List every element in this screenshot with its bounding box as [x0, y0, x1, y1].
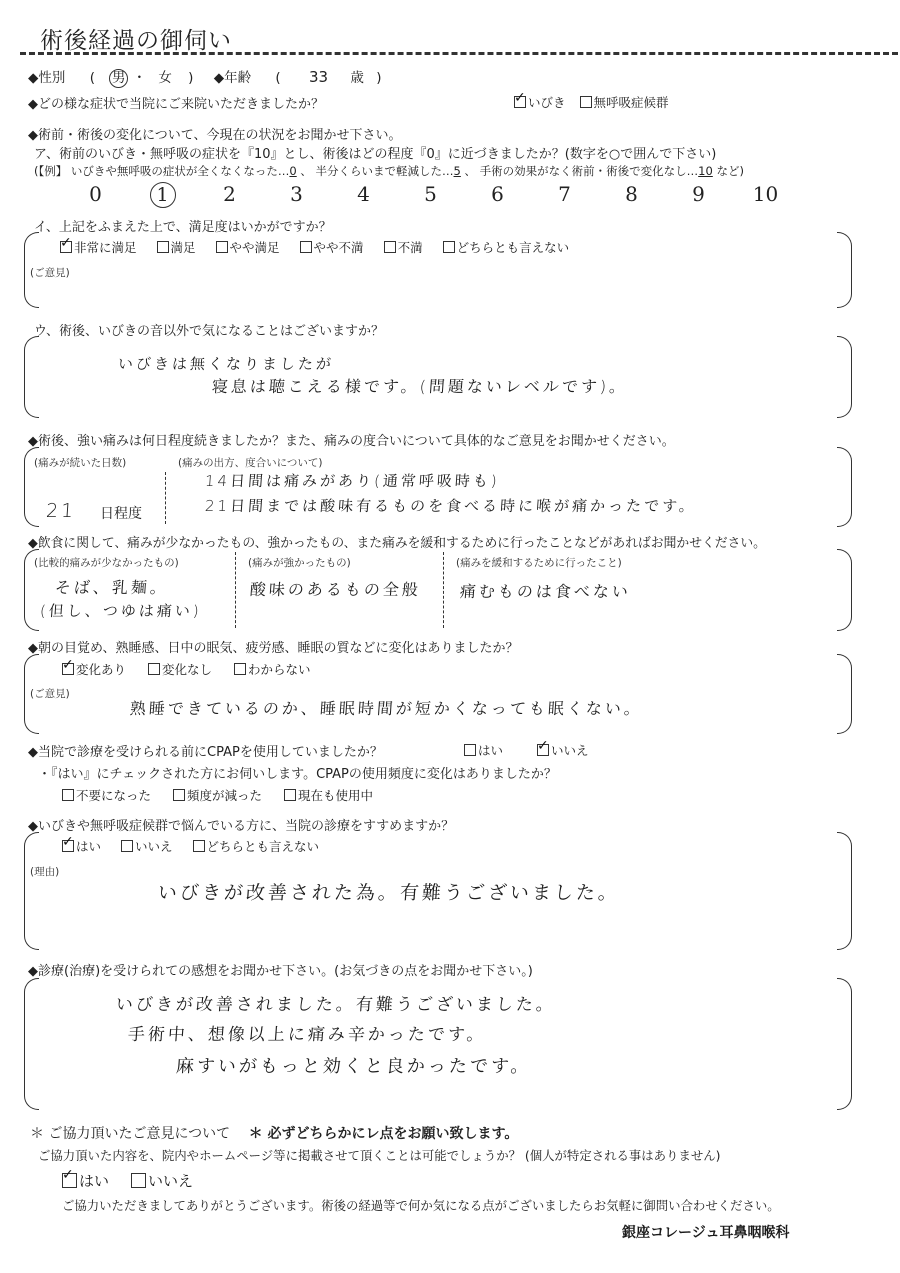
- pain-column-divider: [165, 472, 166, 524]
- checkbox-checked[interactable]: [537, 744, 549, 756]
- checkbox[interactable]: [62, 789, 74, 801]
- checkbox[interactable]: [216, 241, 228, 253]
- score-option-8[interactable]: 8: [598, 182, 665, 208]
- score-option-0[interactable]: 0: [62, 182, 129, 208]
- impressions-line1: いびきが改善されました。有難うございました。: [115, 990, 557, 1015]
- satisfaction-satisfied[interactable]: 満足: [157, 238, 196, 256]
- cpap-followup: ・『はい』にチェックされた方にお伺いします。CPAPの使用頻度に変化はありました…: [38, 763, 557, 782]
- gender-option-female[interactable]: 女: [158, 70, 172, 86]
- score-option-1-selected[interactable]: 1: [129, 182, 196, 208]
- satisfaction-somewhat-satisfied[interactable]: やや満足: [216, 238, 280, 256]
- impressions-question: ◆診療(治療)を受けられての感想をお聞かせ下さい。(お気づきの点をお聞かせ下さい…: [28, 960, 533, 979]
- food-less-line1: そば、乳麺。: [54, 575, 170, 598]
- pain-days-value[interactable]: 21: [45, 500, 77, 522]
- checkbox-checked[interactable]: [62, 1173, 77, 1188]
- cpap-question: ◆当院で診療を受けられる前にCPAPを使用していましたか？: [28, 741, 383, 760]
- cpap-options: はい いいえ: [464, 741, 589, 759]
- satisfaction-neutral[interactable]: どちらとも言えない: [443, 238, 570, 256]
- consent-yes[interactable]: はい: [62, 1170, 109, 1191]
- satisfaction-comment-label: (ご意見): [30, 265, 70, 280]
- symptom-option-apnea[interactable]: 無呼吸症候群: [580, 93, 669, 111]
- score-option-2[interactable]: 2: [196, 182, 263, 208]
- satisfaction-somewhat-dissatisfied[interactable]: やや不満: [300, 238, 364, 256]
- title-divider: [20, 52, 898, 55]
- impressions-line2: 手術中、想像以上に痛み辛かったです。: [127, 1020, 487, 1045]
- other-concerns-answer-line2: 寝息は聴こえる様です。(問題ないレベルです)。: [211, 374, 629, 397]
- checkbox-checked[interactable]: [514, 96, 526, 108]
- consent-thanks: ご協力いただきましてありがとうございます。術後の経過等で何か気になる点がございま…: [62, 1196, 780, 1214]
- checkbox[interactable]: [300, 241, 312, 253]
- consent-options: はい いいえ: [62, 1170, 193, 1191]
- checkbox[interactable]: [384, 241, 396, 253]
- score-option-10[interactable]: 10: [732, 182, 799, 208]
- food-relief-value: 痛むものは食べない: [459, 579, 632, 602]
- satisfaction-dissatisfied[interactable]: 不満: [384, 238, 423, 256]
- recommend-yes[interactable]: はい: [62, 837, 101, 855]
- cpap-yes[interactable]: はい: [464, 741, 503, 759]
- consent-question: ご協力頂いた内容を、院内やホームページ等に掲載させて頂くことは可能でしょうか？ …: [38, 1146, 720, 1164]
- symptoms-question: ◆どの様な症状で当院にご来院いただきましたか？: [28, 93, 324, 112]
- checkbox[interactable]: [173, 789, 185, 801]
- score-option-6[interactable]: 6: [464, 182, 531, 208]
- score-option-9[interactable]: 9: [665, 182, 732, 208]
- checkbox-checked[interactable]: [60, 241, 72, 253]
- recommend-neutral[interactable]: どちらとも言えない: [193, 837, 320, 855]
- score-option-7[interactable]: 7: [531, 182, 598, 208]
- change-sub-a: ア、術前のいびき・無呼吸の症状を『10』とし、術後はどの程度『0』に近づきました…: [34, 143, 716, 162]
- consent-no[interactable]: いいえ: [131, 1170, 193, 1191]
- checkbox-checked[interactable]: [62, 663, 74, 675]
- recommend-no[interactable]: いいえ: [121, 837, 173, 855]
- checkbox[interactable]: [284, 789, 296, 801]
- cpap-not-needed[interactable]: 不要になった: [62, 786, 151, 804]
- recommend-reason-label: (理由): [30, 864, 59, 879]
- food-column-divider-2: [443, 552, 444, 628]
- sleep-changed[interactable]: 変化あり: [62, 660, 126, 678]
- other-concerns-answer-line1: いびきは無くなりましたが: [117, 353, 334, 374]
- checkbox[interactable]: [580, 96, 592, 108]
- recommend-options: はい いいえ どちらとも言えない: [62, 837, 319, 855]
- clinic-name: 銀座コレージュ耳鼻咽喉科: [622, 1222, 789, 1242]
- score-option-5[interactable]: 5: [397, 182, 464, 208]
- sleep-options: 変化あり 変化なし わからない: [62, 660, 311, 678]
- checkbox[interactable]: [193, 840, 205, 852]
- checkbox[interactable]: [157, 241, 169, 253]
- checkbox-checked[interactable]: [62, 840, 74, 852]
- pain-days-label: (痛みが続いた日数): [34, 455, 126, 470]
- consent-heading-right: ＊ 必ずどちらかにレ点をお願い致します。: [249, 1126, 519, 1142]
- checkbox[interactable]: [234, 663, 246, 675]
- cpap-no[interactable]: いいえ: [537, 741, 589, 759]
- pain-days-unit: 日程度: [100, 503, 142, 523]
- cpap-followup-options: 不要になった 頻度が減った 現在も使用中: [62, 786, 373, 804]
- age-value[interactable]: 33: [309, 68, 328, 86]
- food-less-line2: (但し、つゆは痛い): [39, 600, 202, 621]
- sleep-comment: 熟睡できているのか、睡眠時間が短かくなっても眠くない。: [129, 696, 644, 719]
- age-unit: 歳: [350, 70, 364, 86]
- satisfaction-very-satisfied[interactable]: 非常に満足: [60, 238, 137, 256]
- food-column-divider-1: [235, 552, 236, 628]
- food-relief-label: (痛みを緩和するために行ったこと): [456, 555, 622, 570]
- satisfaction-options: 非常に満足 満足 やや満足 やや不満 不満 どちらとも言えない: [60, 238, 569, 256]
- cpap-reduced[interactable]: 頻度が減った: [173, 786, 262, 804]
- pain-detail-label: (痛みの出方、度合いについて): [178, 455, 322, 470]
- checkbox[interactable]: [443, 241, 455, 253]
- symptom-option-snoring[interactable]: いびき: [514, 93, 566, 111]
- gender-option-male[interactable]: 男: [109, 69, 128, 88]
- gender-age-row: ◆性別 ( 男 ・ 女 ) ◆年齢 ( 33 歳 ): [28, 66, 381, 88]
- checkbox[interactable]: [131, 1173, 146, 1188]
- recommend-reason: いびきが改善された為。有難うございました。: [157, 878, 621, 905]
- food-strong-label: (痛みが強かったもの): [248, 555, 351, 570]
- food-strong-value: 酸味のあるもの全般: [249, 577, 422, 600]
- pain-detail-line2: 21日間までは酸味有るものを食べる時に喉が痛かったです。: [204, 495, 697, 516]
- food-less-label: (比較的痛みが少なかったもの): [34, 555, 179, 570]
- pain-detail-line1: 14日間は痛みがあり(通常呼吸時も): [204, 470, 500, 491]
- score-scale: 0 1 2 3 4 5 6 7 8 9 10: [62, 182, 799, 208]
- sleep-comment-label: (ご意見): [30, 686, 70, 701]
- checkbox[interactable]: [121, 840, 133, 852]
- sleep-unknown[interactable]: わからない: [234, 660, 311, 678]
- cpap-still-using[interactable]: 現在も使用中: [284, 786, 373, 804]
- consent-heading: ＊ ご協力頂いたご意見について ＊ 必ずどちらかにレ点をお願い致します。: [30, 1123, 518, 1143]
- gender-label: ◆性別: [28, 70, 65, 86]
- checkbox[interactable]: [464, 744, 476, 756]
- score-option-3[interactable]: 3: [263, 182, 330, 208]
- age-label: ◆年齢: [214, 70, 251, 86]
- score-option-4[interactable]: 4: [330, 182, 397, 208]
- consent-heading-left: ＊ ご協力頂いたご意見について: [30, 1126, 230, 1142]
- impressions-line3: 麻すいがもっと効くと良かったです。: [175, 1052, 532, 1078]
- change-example: (【例】 いびきや無呼吸の症状が全くなくなった…0 、 半分くらいまで軽減した……: [34, 163, 744, 179]
- sleep-no-change[interactable]: 変化なし: [148, 660, 212, 678]
- change-question: ◆術前・術後の変化について、今現在の状況をお聞かせ下さい。: [28, 124, 401, 143]
- symptoms-options: いびき 無呼吸症候群: [514, 93, 669, 111]
- form-title: 術後経過の御伺い: [40, 22, 232, 55]
- checkbox[interactable]: [148, 663, 160, 675]
